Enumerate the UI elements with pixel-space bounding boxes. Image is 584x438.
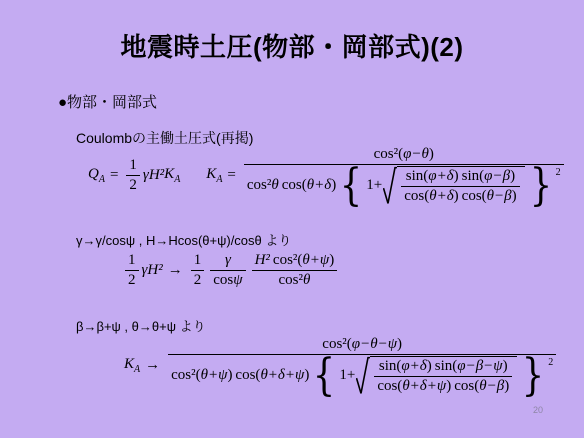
section-heading: ●物部・岡部式 (58, 91, 157, 112)
slide: 地震時土圧(物部・岡部式)(2) ●物部・岡部式 Coulombの主働土圧式(再… (0, 0, 584, 438)
ka-symbol: KA (124, 356, 140, 375)
gamma-h-squared: γH² (142, 262, 163, 279)
one-half-fraction: 1 2 (191, 252, 205, 289)
square-root: sin(φ+δ) sin(φ−β) cos(θ+δ) cos(θ−β) (383, 166, 524, 205)
sqrt-fraction: sin(φ+δ) sin(φ−β) cos(θ+δ) cos(θ−β) (401, 168, 519, 205)
coulomb-equation-label: Coulombの主働土圧式(再掲) (76, 128, 253, 148)
sqrt-fraction: sin(φ+δ) sin(φ−β−ψ) cos(θ+δ+ψ) cos(θ−β) (374, 358, 512, 395)
equals-sign: = (227, 167, 235, 184)
one-half-fraction: 1 2 (125, 252, 139, 289)
slide-title: 地震時土圧(物部・岡部式)(2) (0, 27, 584, 64)
qa-symbol: QA (88, 166, 105, 185)
square-root: sin(φ+δ) sin(φ−β−ψ) cos(θ+δ+ψ) cos(θ−β) (356, 356, 517, 395)
formula-coulomb-active-pressure: QA = 1 2 γH² KA KA = cos²(φ−θ) cos²θ cos… (88, 146, 567, 205)
one-half-fraction: 1 2 (126, 157, 140, 194)
formula-substituted-coefficient: 1 2 γH² → 1 2 γ cosψ H² cos²(θ+ψ) cos²θ (122, 252, 340, 289)
ka-fraction: cos²(φ−θ) cos²θ cos(θ+δ) { 1+ sin(φ+δ) s… (244, 146, 564, 205)
substitution-rule-2: β→β+ψ , θ→θ+ψ より (76, 316, 206, 335)
gamma-over-cospsi-fraction: γ cosψ (210, 252, 245, 289)
radical-icon (356, 356, 370, 395)
brace-exponent: 2 (548, 357, 553, 368)
formula-mononobe-okabe-ka: KA → cos²(φ−θ−ψ) cos²(θ+ψ) cos(θ+δ+ψ) { … (124, 336, 559, 395)
gamma-h-squared: γH² (143, 167, 164, 184)
arrow: → (168, 262, 183, 279)
equals-sign: = (110, 167, 118, 184)
arrow: → (145, 357, 160, 374)
radical-icon (383, 166, 397, 205)
ka-symbol: KA (206, 166, 222, 185)
page-number: 20 (533, 405, 543, 415)
ka-fraction: cos²(φ−θ−ψ) cos²(θ+ψ) cos(θ+δ+ψ) { 1+ si… (168, 336, 556, 395)
h-squared-fraction: H² cos²(θ+ψ) cos²θ (252, 252, 338, 289)
ka-symbol: KA (164, 166, 180, 185)
substitution-rule-1: γ→γ/cosψ , H→Hcos(θ+ψ)/cosθ より (76, 230, 291, 249)
brace-exponent: 2 (556, 167, 561, 178)
